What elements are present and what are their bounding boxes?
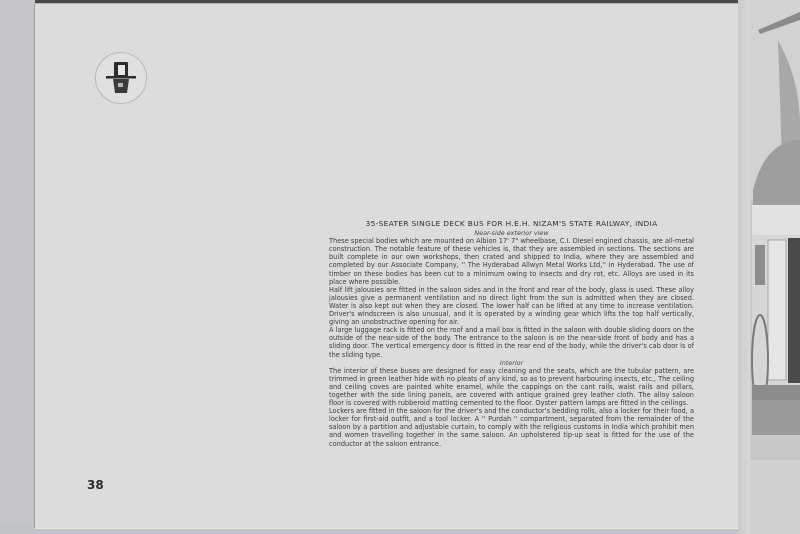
- article-subtitle: Near-side exterior view: [329, 229, 694, 237]
- paragraph-lockers: Lockers are fitted in the saloon for the…: [329, 407, 694, 447]
- paragraph-interior: The interior of these buses are designed…: [329, 367, 694, 407]
- paragraph-jalousies: Half lift jalousies are fitted in the sa…: [329, 286, 694, 326]
- paragraph-construction: These special bodies which are mounted o…: [329, 237, 694, 286]
- paragraph-luggage: A large luggage rack is fitted on the ro…: [329, 326, 694, 358]
- interior-heading: Interior: [329, 359, 694, 367]
- lantern-logo-icon: [95, 52, 147, 104]
- page-number: 38: [87, 478, 104, 492]
- facing-page: [738, 0, 800, 534]
- article-title: 35-SEATER SINGLE DECK BUS FOR H.E.H. NIZ…: [329, 220, 694, 228]
- book-gutter: [738, 0, 750, 534]
- article: 35-SEATER SINGLE DECK BUS FOR H.E.H. NIZ…: [329, 220, 694, 448]
